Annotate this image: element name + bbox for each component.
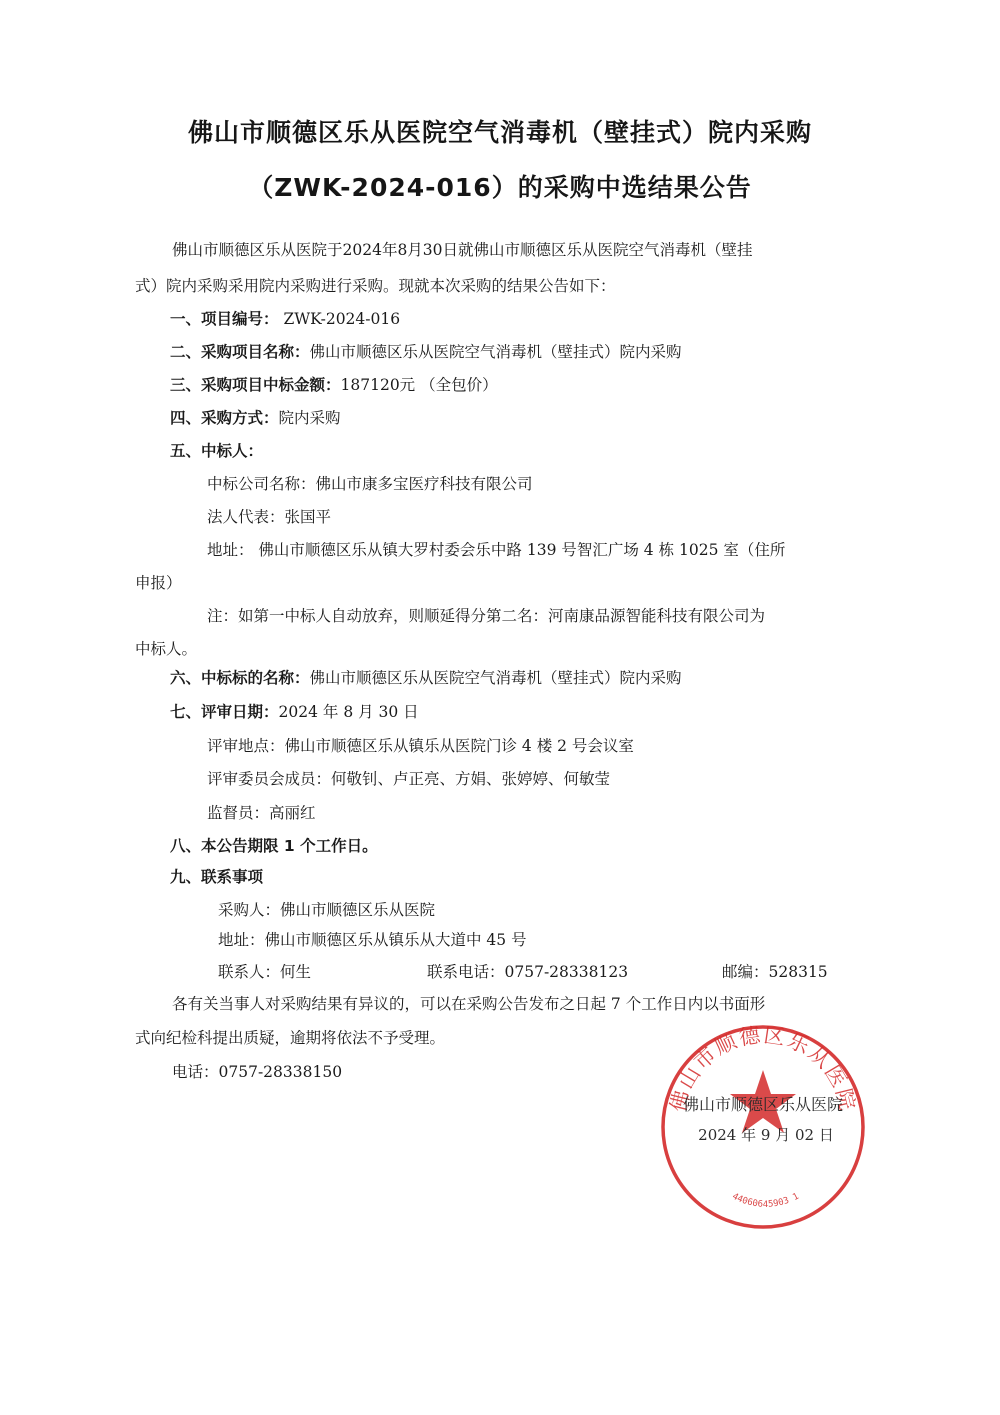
seal-org: 佛山市顺德区乐从医院 xyxy=(683,1095,843,1114)
seal-icon: 佛山市顺德区乐从医院 佛山市顺德区乐从医院 2024 年 9 月 02 日 44… xyxy=(658,1022,868,1232)
contact-postcode: 邮编：528315 xyxy=(722,962,828,982)
procurement-method-value: 院内采购 xyxy=(279,409,341,427)
seal-date: 2024 年 9 月 02 日 xyxy=(698,1126,834,1144)
winner-note-line-1: 注：如第一中标人自动放弃，则顺延得分第二名：河南康品源智能科技有限公司为 xyxy=(207,606,765,626)
project-number: 一、项目编号： ZWK-2024-016 xyxy=(170,309,400,329)
procurement-method: 四、采购方式：院内采购 xyxy=(170,408,341,428)
project-number-label: 一、项目编号： xyxy=(170,310,279,328)
winner-legal-rep: 法人代表：张国平 xyxy=(207,507,331,527)
winner-address-line-2: 申报） xyxy=(135,573,182,593)
bid-amount-value: 187120元 （全包价） xyxy=(341,376,498,394)
bid-amount: 三、采购项目中标金额：187120元 （全包价） xyxy=(170,375,498,395)
contact-purchaser: 采购人：佛山市顺德区乐从医院 xyxy=(218,900,435,920)
review-date-label: 七、评审日期： xyxy=(170,703,279,721)
title-line-1: 佛山市顺德区乐从医院空气消毒机（壁挂式）院内采购 xyxy=(0,113,1000,149)
winner-address-line-1: 地址： 佛山市顺德区乐从镇大罗村委会乐中路 139 号智汇广场 4 栋 1025… xyxy=(207,540,785,560)
objection-line-1: 各有关当事人对采购结果有异议的，可以在采购公告发布之日起 7 个工作日内以书面形 xyxy=(172,994,765,1014)
winner-company: 中标公司名称：佛山市康多宝医疗科技有限公司 xyxy=(207,474,533,494)
contact-heading: 九、联系事项 xyxy=(170,867,263,887)
review-location: 评审地点：佛山市顺德区乐从镇乐从医院门诊 4 楼 2 号会议室 xyxy=(207,736,634,756)
complaint-phone: 电话：0757-28338150 xyxy=(172,1062,342,1082)
project-name-label: 二、采购项目名称： xyxy=(170,343,310,361)
review-date-value: 2024 年 8 月 30 日 xyxy=(279,703,419,721)
objection-line-2: 式向纪检科提出质疑，逾期将依法不予受理。 xyxy=(135,1028,445,1048)
project-number-value: ZWK-2024-016 xyxy=(279,310,401,328)
subject-name-value: 佛山市顺德区乐从医院空气消毒机（壁挂式）院内采购 xyxy=(310,669,682,687)
winner-heading: 五、中标人： xyxy=(170,441,263,461)
review-supervisor: 监督员：高丽红 xyxy=(207,803,316,823)
subject-name-label: 六、中标标的名称： xyxy=(170,669,310,687)
procurement-method-label: 四、采购方式： xyxy=(170,409,279,427)
contact-address: 地址：佛山市顺德区乐从镇乐从大道中 45 号 xyxy=(218,930,527,950)
title-line-2: （ZWK-2024-016）的采购中选结果公告 xyxy=(0,168,1000,204)
review-date: 七、评审日期：2024 年 8 月 30 日 xyxy=(170,702,419,722)
bid-amount-label: 三、采购项目中标金额： xyxy=(170,376,341,394)
project-name: 二、采购项目名称：佛山市顺德区乐从医院空气消毒机（壁挂式）院内采购 xyxy=(170,342,682,362)
subject-name: 六、中标标的名称：佛山市顺德区乐从医院空气消毒机（壁挂式）院内采购 xyxy=(170,668,682,688)
review-committee: 评审委员会成员：何敬钊、卢正亮、方娟、张婷婷、何敏莹 xyxy=(207,769,610,789)
project-name-value: 佛山市顺德区乐从医院空气消毒机（壁挂式）院内采购 xyxy=(310,343,682,361)
intro-line-2: 式）院内采购采用院内采购进行采购。现就本次采购的结果公告如下： xyxy=(135,276,616,296)
winner-note-line-2: 中标人。 xyxy=(135,639,197,659)
svg-text:44060645903 1: 44060645903 1 xyxy=(730,1192,800,1210)
contact-person: 联系人：何生 xyxy=(218,962,311,982)
official-seal: 佛山市顺德区乐从医院 佛山市顺德区乐从医院 2024 年 9 月 02 日 44… xyxy=(658,1022,868,1232)
intro-line-1: 佛山市顺德区乐从医院于2024年8月30日就佛山市顺德区乐从医院空气消毒机（壁挂 xyxy=(172,240,753,260)
contact-phone: 联系电话：0757-28338123 xyxy=(427,962,628,982)
notice-period: 八、本公告期限 1 个工作日。 xyxy=(170,836,378,856)
